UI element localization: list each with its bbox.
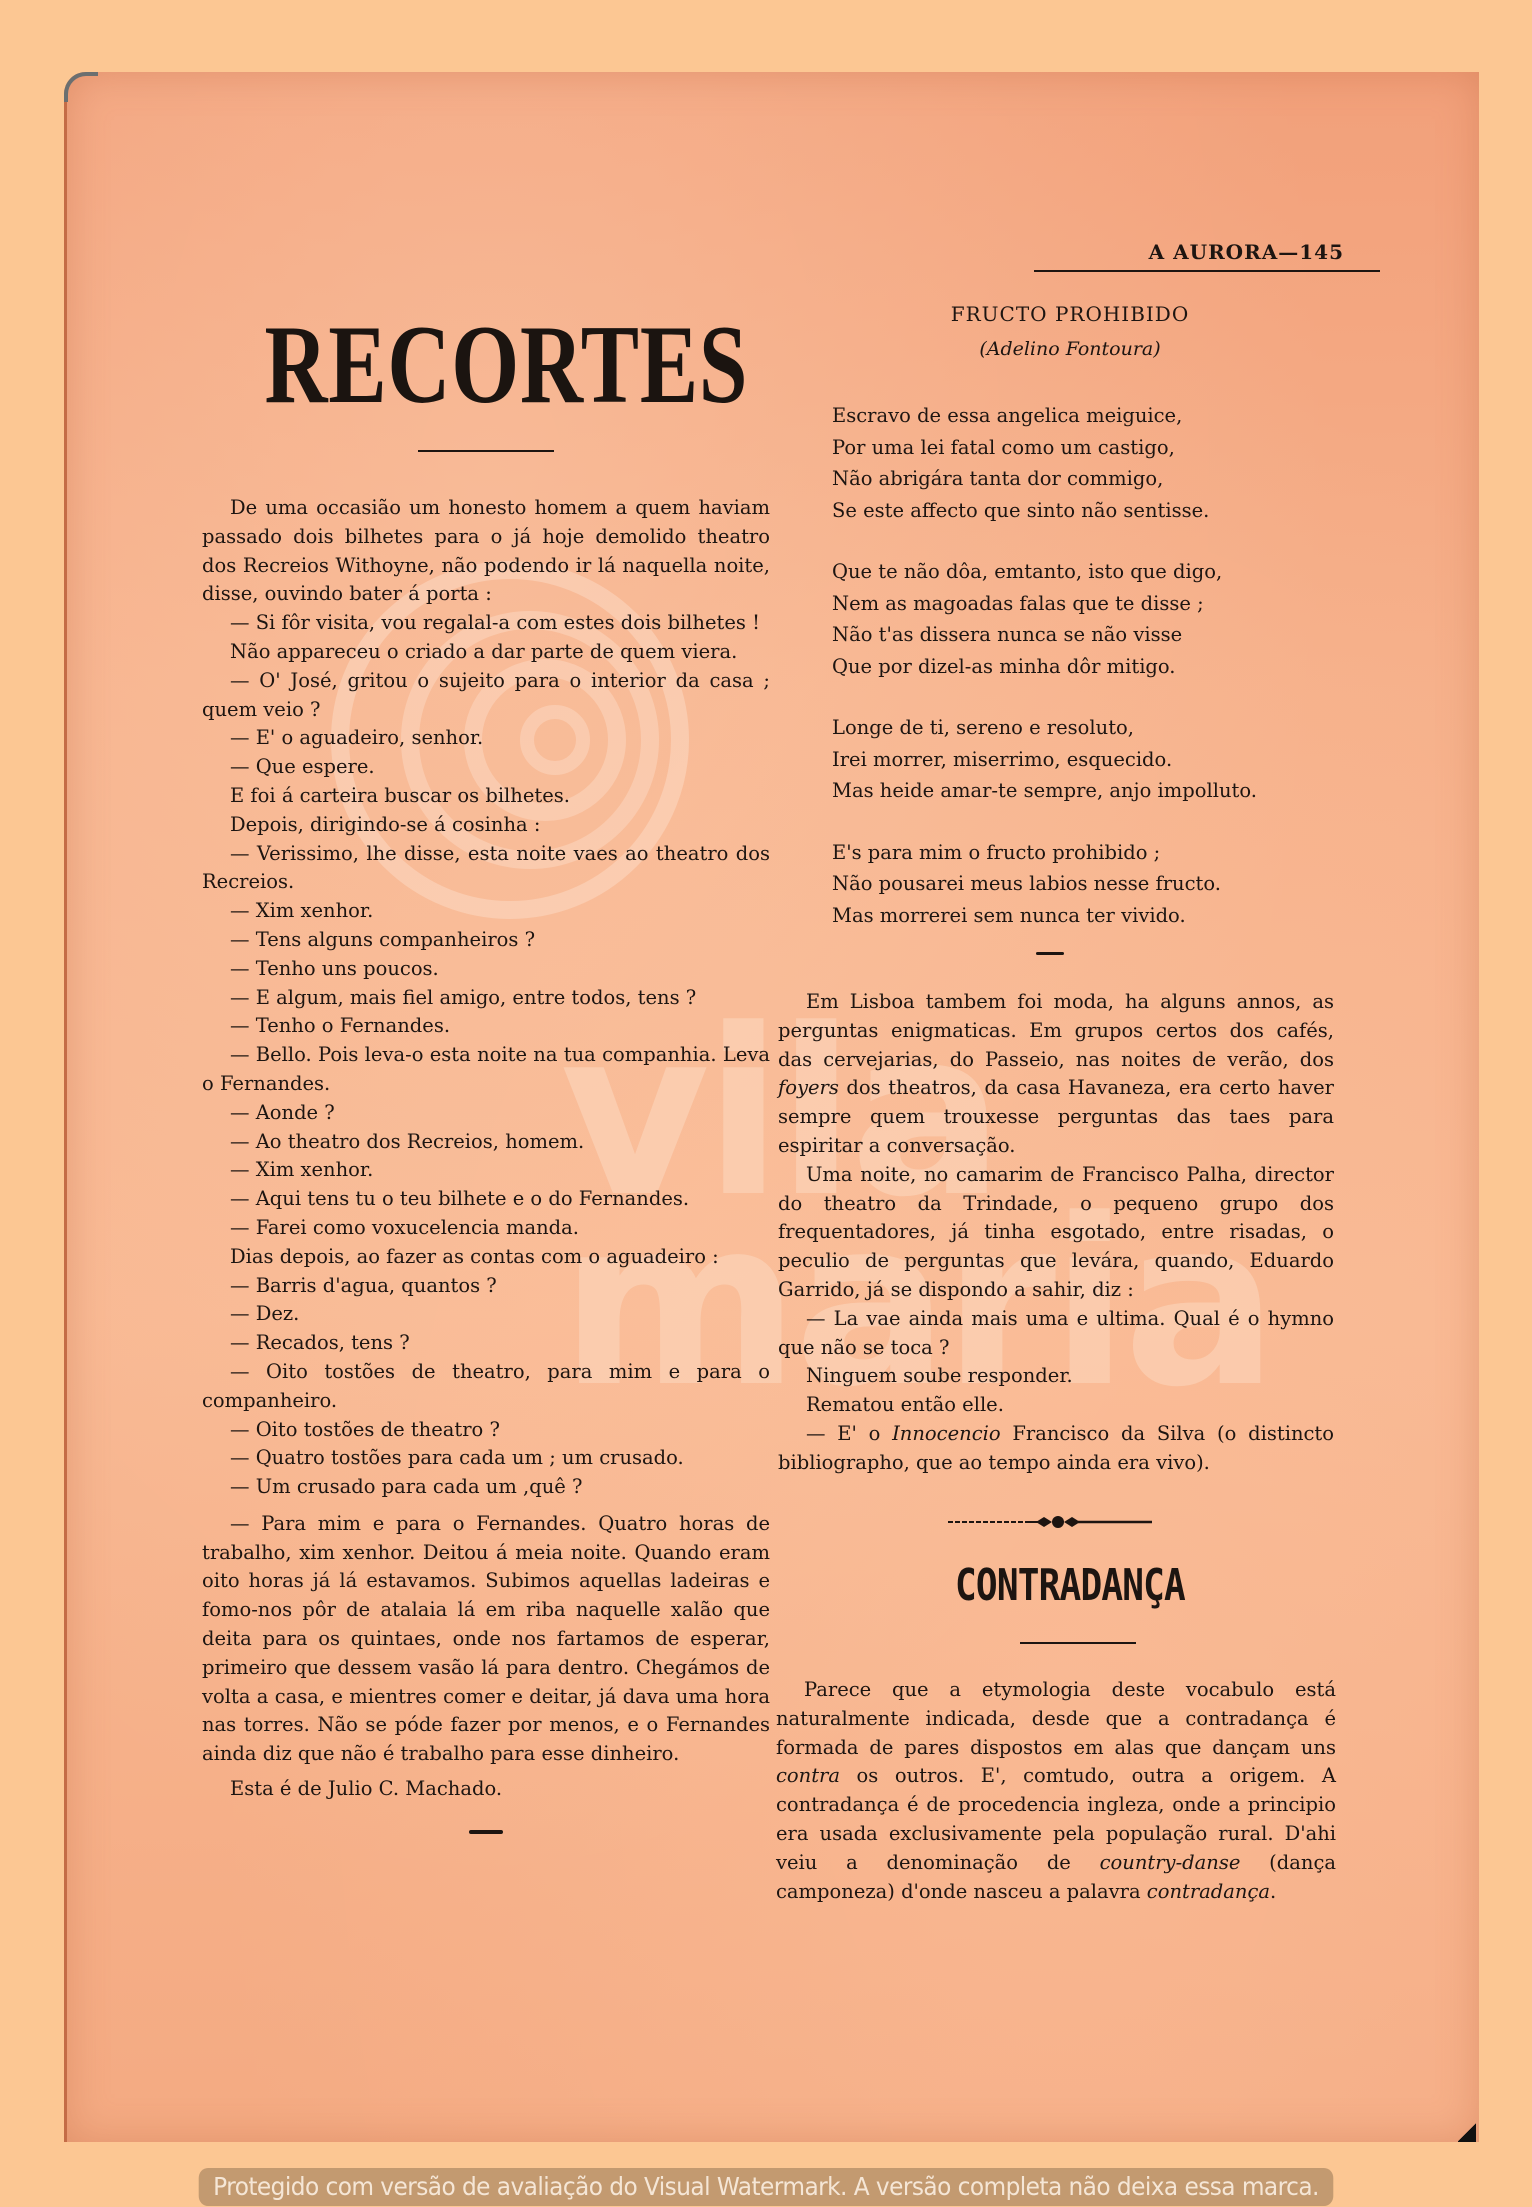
paragraph: Dias depois, ao fazer as contas com o ag… [202, 1243, 770, 1272]
paragraph-text: — E' o [806, 1422, 892, 1445]
paragraph: — Tens alguns companheiros ? [202, 926, 770, 955]
italic-term: foyers [778, 1076, 839, 1099]
poem-line: Nem as magoadas falas que te disse ; [832, 588, 1312, 620]
paragraph-text: — La vae ainda mais uma e ultima. Qual é… [778, 1307, 1334, 1359]
paragraph: — O' José, gritou o sujeito para o inter… [202, 667, 770, 725]
poem-line: Escravo de essa angelica meiguice, [832, 400, 1312, 432]
contradanca-italic: contradança [1147, 1880, 1270, 1903]
paragraph: — E' o aguadeiro, senhor. [202, 724, 770, 753]
paragraph-text: Rematou então elle. [806, 1393, 1004, 1416]
paragraph: — Verissimo, lhe disse, esta noite vaes … [202, 840, 770, 898]
recortes-header: RECORTES [202, 290, 770, 452]
contradanca-text: Parece que a etymologia deste vocabulo e… [776, 1678, 1336, 1759]
paragraph: — Dez. [202, 1300, 770, 1329]
contradanca-article: Parece que a etymologia deste vocabulo e… [776, 1676, 1336, 1906]
poem-author: (Adelino Fontoura) [830, 338, 1310, 360]
recortes-title: RECORTES [264, 300, 707, 430]
paragraph: — Um crusado para cada um ,quê ? [202, 1473, 770, 1502]
paragraph-text: Uma noite, no camarim de Francisco Palha… [778, 1163, 1334, 1301]
recortes-article: De uma occasião um honesto homem a quem … [202, 494, 770, 1834]
poem-title: FRUCTO PROHIBIDO [830, 302, 1310, 326]
paragraph: — Recados, tens ? [202, 1329, 770, 1358]
paragraph: — Para mim e para o Fernandes. Quatro ho… [202, 1510, 770, 1769]
paragraph: De uma occasião um honesto homem a quem … [202, 494, 770, 609]
paragraph: Uma noite, no camarim de Francisco Palha… [778, 1161, 1334, 1305]
paragraph: — Aonde ? [202, 1099, 770, 1128]
poem-header: FRUCTO PROHIBIDO (Adelino Fontoura) [830, 302, 1310, 360]
paragraph: Ninguem soube responder. [778, 1362, 1334, 1391]
paragraph: Esta é de Julio C. Machado. [202, 1775, 770, 1804]
poem-line: Longe de ti, sereno e resoluto, [832, 712, 1312, 744]
contradanca-title: CONTRADANÇA [873, 1560, 1267, 1611]
paragraph: — Barris d'agua, quantos ? [202, 1272, 770, 1301]
paragraph-text: Em Lisboa tambem foi moda, ha alguns ann… [778, 990, 1334, 1071]
poem-stanza: Longe de ti, sereno e resoluto,Irei morr… [832, 712, 1312, 807]
paragraph: — E algum, mais fiel amigo, entre todos,… [202, 984, 770, 1013]
paragraph: — Quatro tostões para cada um ; um crusa… [202, 1444, 770, 1473]
paragraph: — Tenho uns poucos. [202, 955, 770, 984]
ornament-divider-icon [948, 1514, 1152, 1530]
contradanca-italic: contra [776, 1764, 840, 1787]
contradanca-text: . [1270, 1880, 1276, 1903]
poem-stanza: Escravo de essa angelica meiguice,Por um… [832, 400, 1312, 526]
paragraph: — Tenho o Fernandes. [202, 1012, 770, 1041]
page-corner-shadow [1458, 2122, 1476, 2142]
poem-line: Mas heide amar-te sempre, anjo impolluto… [832, 775, 1312, 807]
paragraph: — Que espere. [202, 753, 770, 782]
paragraph-text: Ninguem soube responder. [806, 1364, 1073, 1387]
poem-end-rule [1036, 952, 1064, 955]
paragraph: Não appareceu o criado a dar parte de qu… [202, 638, 770, 667]
italic-term: Innocencio [892, 1422, 1000, 1445]
page-binding-edge [64, 72, 98, 102]
paragraph: — Ao theatro dos Recreios, homem. [202, 1128, 770, 1157]
poem-body: Escravo de essa angelica meiguice,Por um… [832, 400, 1312, 961]
paragraph: Rematou então elle. [778, 1391, 1334, 1420]
poem-line: Não abrigára tanta dor commigo, [832, 463, 1312, 495]
poem-line: E's para mim o fructo prohibido ; [832, 837, 1312, 869]
recortes-body: De uma occasião um honesto homem a quem … [202, 494, 770, 1804]
running-head: A AURORA—145 [1034, 240, 1380, 272]
paragraph: — Aqui tens tu o teu bilhete e o do Fern… [202, 1185, 770, 1214]
contradanca-italic: country-danse [1100, 1851, 1241, 1874]
poem-line: Não pousarei meus labios nesse fructo. [832, 868, 1312, 900]
title-rule [418, 450, 554, 452]
poem-line: Não t'as dissera nunca se não visse [832, 619, 1312, 651]
poem-line: Irei morrer, miserrimo, esquecido. [832, 744, 1312, 776]
poem-line: Que por dizel-as minha dôr mitigo. [832, 651, 1312, 683]
paragraph: Depois, dirigindo-se á cosinha : [202, 811, 770, 840]
paragraph: — Bello. Pois leva-o esta noite na tua c… [202, 1041, 770, 1099]
paragraph: E foi á carteira buscar os bilhetes. [202, 782, 770, 811]
poem-stanza: Que te não dôa, emtanto, isto que digo,N… [832, 556, 1312, 682]
poem-line: Mas morrerei sem nunca ter vivido. [832, 900, 1312, 932]
poem-line: Se este affecto que sinto não sentisse. [832, 495, 1312, 527]
poem-line: Que te não dôa, emtanto, isto que digo, [832, 556, 1312, 588]
poem-line: Por uma lei fatal como um castigo, [832, 432, 1312, 464]
paragraph: — Oito tostões de theatro, para mim e pa… [202, 1358, 770, 1416]
paragraph: — E' o Innocencio Francisco da Silva (o … [778, 1420, 1334, 1478]
paragraph: — Xim xenhor. [202, 1156, 770, 1185]
end-rule [469, 1830, 503, 1834]
paragraph: — Farei como voxucelencia manda. [202, 1214, 770, 1243]
evaluation-watermark-banner: Protegido com versão de avaliação do Vis… [199, 2168, 1334, 2206]
paragraph: — Xim xenhor. [202, 897, 770, 926]
poem-stanza: E's para mim o fructo prohibido ;Não pou… [832, 837, 1312, 932]
anecdote-article: Em Lisboa tambem foi moda, ha alguns ann… [778, 988, 1334, 1478]
paragraph: — Oito tostões de theatro ? [202, 1416, 770, 1445]
paragraph: Em Lisboa tambem foi moda, ha alguns ann… [778, 988, 1334, 1161]
paragraph-text: dos theatros, da casa Havaneza, era cert… [778, 1076, 1334, 1157]
paragraph: — La vae ainda mais uma e ultima. Qual é… [778, 1305, 1334, 1363]
contradanca-rule [1020, 1642, 1136, 1644]
paragraph: — Si fôr visita, vou regalal-a com estes… [202, 609, 770, 638]
